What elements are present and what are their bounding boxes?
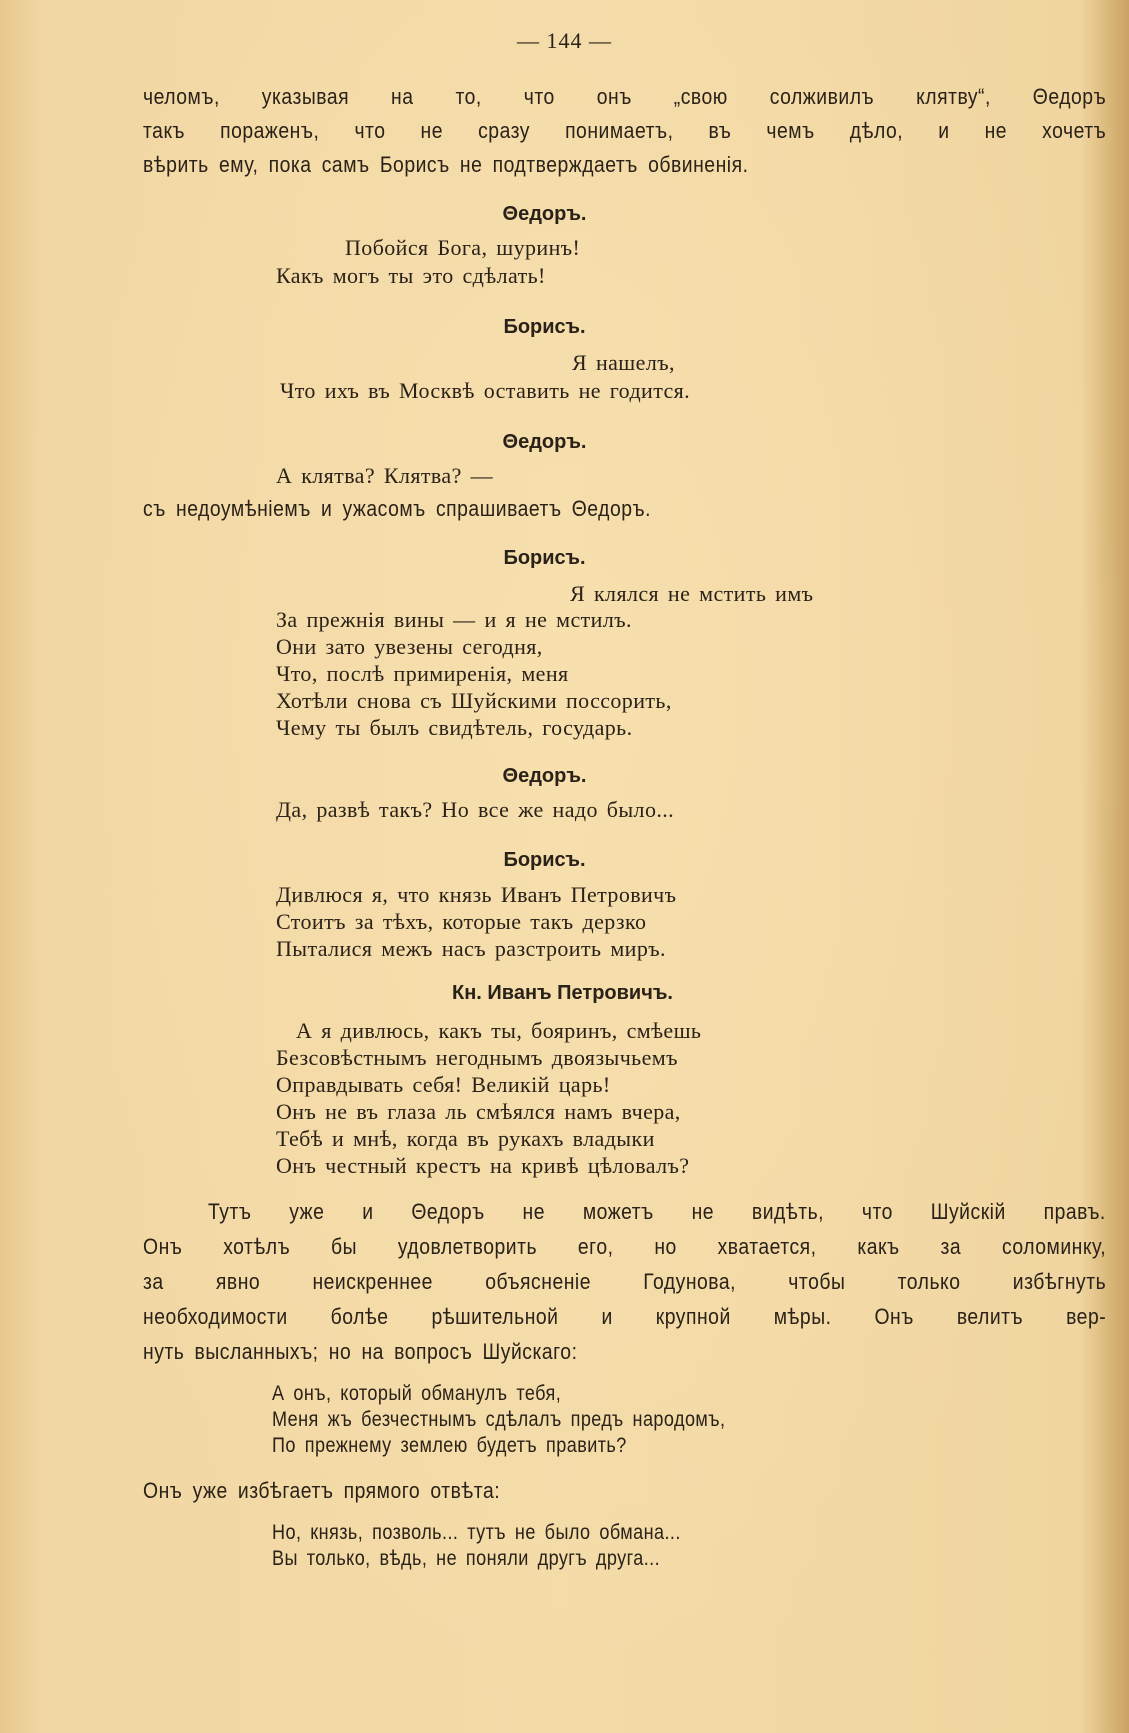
narration-line: съ недоумѣніемъ и ужасомъ спрашиваетъ Θе… — [143, 496, 651, 522]
verse-line: Онъ не въ глаза ль смѣялся намъ вчера, — [276, 1099, 681, 1125]
quote-line: По прежнему землею будетъ править? — [272, 1434, 627, 1458]
verse-line: Они зато увезены сегодня, — [276, 634, 543, 660]
book-page: — 144 — челомъ, указывая на то, что онъ … — [0, 0, 1129, 1733]
prose-line: такъ пораженъ, что не сразу понимаетъ, в… — [143, 118, 1106, 144]
speaker-name: Θедоръ. — [0, 203, 1109, 226]
verse-line: Стоитъ за тѣхъ, которые такъ дерзко — [276, 909, 646, 935]
verse-line: Я нашелъ, — [572, 350, 675, 376]
verse-line: Что ихъ въ Москвѣ оставить не годится. — [280, 378, 690, 404]
verse-line: Хотѣли снова съ Шуйскими поссорить, — [276, 688, 672, 714]
quote-line: Меня жъ безчестнымъ сдѣлалъ предъ народо… — [272, 1408, 725, 1432]
speaker-name: Борисъ. — [0, 849, 1109, 872]
verse-line: А я дивлюсь, какъ ты, бояринъ, смѣешь — [296, 1018, 701, 1044]
verse-line: За прежнія вины — и я не мстилъ. — [276, 607, 632, 633]
verse-line: Да, развѣ такъ? Но все же надо было... — [276, 797, 674, 823]
verse-line: Побойся Бога, шуринъ! — [345, 235, 580, 261]
prose-line: за явно неискреннее объясненіе Годунова,… — [143, 1269, 1106, 1295]
verse-line: Тебѣ и мнѣ, когда въ рукахъ владыки — [276, 1126, 655, 1152]
prose-line: челомъ, указывая на то, что онъ „свою со… — [143, 84, 1106, 110]
verse-line: Онъ честный крестъ на кривѣ цѣловалъ? — [276, 1153, 689, 1179]
speaker-name: Кн. Иванъ Петровичъ. — [0, 982, 1127, 1005]
verse-line: Пыталися межъ насъ разстроить миръ. — [276, 936, 666, 962]
verse-line: Я клялся не мстить имъ — [570, 581, 813, 607]
prose-line: Онъ уже избѣгаетъ прямого отвѣта: — [143, 1478, 500, 1504]
verse-line: Чему ты былъ свидѣтель, государь. — [276, 715, 632, 741]
prose-line: необходимости болѣе рѣшительной и крупно… — [143, 1304, 1106, 1330]
verse-line: Безсовѣстнымъ негоднымъ двоязычьемъ — [276, 1045, 678, 1071]
speaker-name: Θедоръ. — [0, 431, 1109, 454]
quote-line: А онъ, который обманулъ тебя, — [272, 1382, 561, 1406]
quote-line: Вы только, вѣдь, не поняли другъ друга..… — [272, 1547, 660, 1571]
quote-line: Но, князь, позволь... тутъ не было обман… — [272, 1521, 681, 1545]
speaker-name: Борисъ. — [0, 547, 1109, 570]
verse-line: Оправдывать себя! Великій царь! — [276, 1072, 611, 1098]
verse-line: Дивлюся я, что князь Иванъ Петровичъ — [276, 882, 676, 908]
speaker-name: Борисъ. — [0, 316, 1109, 339]
page-number: — 144 — — [0, 28, 1129, 54]
prose-line: вѣрить ему, пока самъ Борисъ не подтверж… — [143, 152, 748, 178]
verse-line: Что, послѣ примиренія, меня — [276, 661, 569, 687]
prose-line: Онъ хотѣлъ бы удовлетворить его, но хват… — [143, 1234, 1106, 1260]
speaker-name: Θедоръ. — [0, 765, 1109, 788]
verse-line: Какъ могъ ты это сдѣлать! — [276, 263, 546, 289]
verse-line: А клятва? Клятва? — — [276, 463, 493, 489]
prose-line: нуть высланныхъ; но на вопросъ Шуйскаго: — [143, 1339, 577, 1365]
prose-line: Тутъ уже и Θедоръ не можетъ не видѣть, ч… — [208, 1199, 1106, 1225]
